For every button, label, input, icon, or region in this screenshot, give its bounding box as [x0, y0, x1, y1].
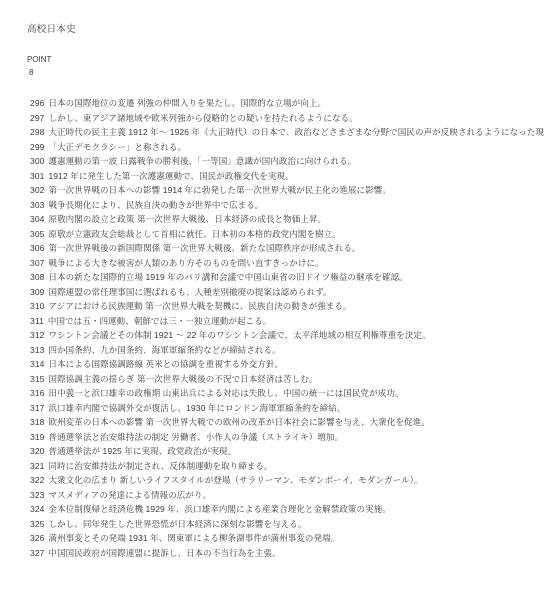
point-number: 8: [29, 68, 33, 78]
item-text: 普通選挙法と治安維持法の制定 労働者、小作人の争議（ストライキ）増加。: [48, 432, 343, 442]
item-number: 325: [30, 519, 44, 529]
list-item: 303戦争長期化により、民族自決の動きが世界中で広まる。: [30, 198, 544, 213]
item-text: 四か国条約、九か国条約、海軍軍縮条約などが締結される。: [48, 345, 280, 355]
list-item: 296日本の国際地位の変遷 列強の仲間入りを果たし、国際的な立場が向上。: [30, 96, 544, 111]
list-item: 321同時に治安維持法が制定され、反体制運動を取り締まる。: [30, 459, 544, 474]
item-text: 第一次世界戦後の新国際関係 第一次世界大戦後、新たな国際秩序が形成される。: [48, 243, 360, 253]
item-number: 323: [30, 490, 44, 500]
item-text: 原敬が立憲政友会総裁として首相に就任、日本初の本格的政党内閣を樹立。: [48, 229, 340, 239]
list-item: 325しかし、同年発生した世界恐慌が日本経済に深刻な影響を与える。: [30, 517, 544, 532]
item-number: 309: [30, 287, 44, 297]
item-text: マスメディアの発達による情報の広がり。: [48, 490, 211, 500]
item-text: 欧州変革の日本への影響 第一次世界大戦での欧州の改革が日本社会に影響を与え、大衆…: [48, 417, 429, 427]
item-number: 304: [30, 214, 44, 224]
list-item: 318欧州変革の日本への影響 第一次世界大戦での欧州の改革が日本社会に影響を与え…: [30, 415, 544, 430]
item-text: 日本の新たな国際的立場 1919 年のパリ講和会議で中国山東省の旧ドイツ権益の継…: [48, 272, 407, 282]
item-number: 321: [30, 461, 44, 471]
item-number: 326: [30, 533, 44, 543]
list-item: 313四か国条約、九か国条約、海軍軍縮条約などが締結される。: [30, 343, 544, 358]
item-number: 296: [30, 98, 44, 108]
item-text: 浜口雄幸内閣で協調外交が復活し、1930 年にロンドン海軍軍縮条約を締結。: [48, 403, 345, 413]
item-text: 1912 年に発生した第一次護憲運動で、国民が政権交代を実現。: [48, 171, 293, 181]
item-number: 312: [30, 330, 44, 340]
item-text: 大正時代の民主主義 1912 年～ 1926 年（大正時代）の日本で、政治などさ…: [48, 127, 544, 137]
list-item: 324金本位制復帰と経済危機 1929 年、浜口雄幸内閣による産業合理化と金解禁…: [30, 502, 544, 517]
item-text: 中国では五・四運動、朝鮮では三・一独立運動が起こる。: [48, 316, 272, 326]
item-number: 324: [30, 504, 44, 514]
list-item: 316田中義一と浜口雄幸の政権期 山東出兵による対応は失敗し、中国の統一には国民…: [30, 386, 544, 401]
item-text: 同時に治安維持法が制定され、反体制運動を取り締まる。: [48, 461, 272, 471]
item-number: 307: [30, 258, 44, 268]
list-item: 315国際協調主義の揺らぎ 第一次世界大戦後の不況で日本経済は苦しむ。: [30, 372, 544, 387]
item-number: 301: [30, 171, 44, 181]
item-text: ワシントン会議とその体制 1921 ～ 22 年のワシントン会議で、太平洋地域の…: [48, 330, 430, 340]
item-number: 315: [30, 374, 44, 384]
item-number: 311: [30, 316, 44, 326]
list-item: 300護憲運動の第一波 日露戦争の勝利後、「一等国」意識が国内政治に向けられる。: [30, 154, 544, 169]
item-text: 金本位制復帰と経済危機 1929 年、浜口雄幸内閣による産業合理化と金解禁政策の…: [48, 504, 390, 514]
point-label: POINT: [27, 55, 51, 65]
item-text: 日本による国際協調路線 英米との協調を重視する外交方針。: [48, 359, 283, 369]
item-text: 第一次世界戦の日本への影響 1914 年に勃発した第一次世界大戦が民主化の進展に…: [48, 185, 390, 195]
list-item: 311中国では五・四運動、朝鮮では三・一独立運動が起こる。: [30, 314, 544, 329]
list-item: 314日本による国際協調路線 英米との協調を重視する外交方針。: [30, 357, 544, 372]
list-item: 312ワシントン会議とその体制 1921 ～ 22 年のワシントン会議で、太平洋…: [30, 328, 544, 343]
list-item: 308日本の新たな国際的立場 1919 年のパリ講和会議で中国山東省の旧ドイツ権…: [30, 270, 544, 285]
list-item: 307戦争による大きな被害が人類のあり方そのものを問い直すきっかけに。: [30, 256, 544, 271]
list-item: 319普通選挙法と治安維持法の制定 労働者、小作人の争議（ストライキ）増加。: [30, 430, 544, 445]
item-number: 317: [30, 403, 44, 413]
item-number: 320: [30, 446, 44, 456]
item-number: 318: [30, 417, 44, 427]
item-number: 299: [30, 142, 44, 152]
item-number: 302: [30, 185, 44, 195]
item-text: 大衆文化の広まり 新しいライフスタイルが登場（サラリーマン、モダンボーイ、モダン…: [48, 475, 422, 485]
item-number: 319: [30, 432, 44, 442]
history-points-list: 296日本の国際地位の変遷 列強の仲間入りを果たし、国際的な立場が向上。 297…: [30, 96, 544, 560]
item-number: 305: [30, 229, 44, 239]
item-number: 327: [30, 548, 44, 558]
item-text: 田中義一と浜口雄幸の政権期 山東出兵による対応は失敗し、中国の統一には国民党が成…: [48, 388, 403, 398]
item-text: 「大正デモクラシー」と称される。: [48, 142, 186, 152]
item-number: 322: [30, 475, 44, 485]
list-item: 317浜口雄幸内閣で協調外交が復活し、1930 年にロンドン海軍軍縮条約を締結。: [30, 401, 544, 416]
item-text: 原敬内閣の設立と政策 第一次世界大戦後、日本経済の成長と物価上昇。: [48, 214, 326, 224]
item-number: 308: [30, 272, 44, 282]
list-item: 299「大正デモクラシー」と称される。: [30, 140, 544, 155]
list-item: 3011912 年に発生した第一次護憲運動で、国民が政権交代を実現。: [30, 169, 544, 184]
list-item: 326満州事変とその発端 1931 年、関東軍による柳条湖事件が満州事変の発端。: [30, 531, 544, 546]
item-text: 国際協調主義の揺らぎ 第一次世界大戦後の不況で日本経済は苦しむ。: [48, 374, 317, 384]
document-page: 高校日本史 POINT 8 296日本の国際地位の変遷 列強の仲間入りを果たし、…: [0, 0, 544, 600]
item-text: しかし、東アジア諸地域や欧米列強から侵略的との疑いを持たれるようになる。: [48, 113, 357, 123]
list-item: 304原敬内閣の設立と政策 第一次世界大戦後、日本経済の成長と物価上昇。: [30, 212, 544, 227]
item-text: 普通選挙法が 1925 年に実現、政党政治が実現。: [48, 446, 236, 456]
item-text: 日本の国際地位の変遷 列強の仲間入りを果たし、国際的な立場が向上。: [48, 98, 326, 108]
item-number: 297: [30, 113, 44, 123]
item-number: 316: [30, 388, 44, 398]
list-item: 302第一次世界戦の日本への影響 1914 年に勃発した第一次世界大戦が民主化の…: [30, 183, 544, 198]
item-text: 戦争による大きな被害が人類のあり方そのものを問い直すきっかけに。: [48, 258, 323, 268]
item-number: 314: [30, 359, 44, 369]
list-item: 309国際連盟の常任理事国に選ばれるも、人種差別撤廃の提案は認められず。: [30, 285, 544, 300]
list-item: 297しかし、東アジア諸地域や欧米列強から侵略的との疑いを持たれるようになる。: [30, 111, 544, 126]
item-text: 満州事変とその発端 1931 年、関東軍による柳条湖事件が満州事変の発端。: [48, 533, 339, 543]
list-item: 322大衆文化の広まり 新しいライフスタイルが登場（サラリーマン、モダンボーイ、…: [30, 473, 544, 488]
list-item: 320普通選挙法が 1925 年に実現、政党政治が実現。: [30, 444, 544, 459]
list-item: 305原敬が立憲政友会総裁として首相に就任、日本初の本格的政党内閣を樹立。: [30, 227, 544, 242]
item-number: 300: [30, 156, 44, 166]
item-number: 310: [30, 301, 44, 311]
item-number: 303: [30, 200, 44, 210]
list-item: 306第一次世界戦後の新国際関係 第一次世界大戦後、新たな国際秩序が形成される。: [30, 241, 544, 256]
document-title: 高校日本史: [27, 24, 76, 36]
item-number: 298: [30, 127, 44, 137]
item-text: アジアにおける民族運動 第一次世界大戦を契機に、民族自決の動きが強まる。: [48, 301, 351, 311]
item-text: 戦争長期化により、民族自決の動きが世界中で広まる。: [48, 200, 263, 210]
list-item: 298大正時代の民主主義 1912 年～ 1926 年（大正時代）の日本で、政治…: [30, 125, 544, 140]
item-text: 国際連盟の常任理事国に選ばれるも、人種差別撤廃の提案は認められず。: [48, 287, 331, 297]
item-text: しかし、同年発生した世界恐慌が日本経済に深刻な影響を与える。: [48, 519, 306, 529]
item-text: 護憲運動の第一波 日露戦争の勝利後、「一等国」意識が国内政治に向けられる。: [48, 156, 356, 166]
item-number: 313: [30, 345, 44, 355]
list-item: 310アジアにおける民族運動 第一次世界大戦を契機に、民族自決の動きが強まる。: [30, 299, 544, 314]
list-item: 323マスメディアの発達による情報の広がり。: [30, 488, 544, 503]
item-number: 306: [30, 243, 44, 253]
list-item: 327中国国民政府が国際連盟に提訴し、日本の不当行為を主張。: [30, 546, 544, 561]
item-text: 中国国民政府が国際連盟に提訴し、日本の不当行為を主張。: [48, 548, 280, 558]
